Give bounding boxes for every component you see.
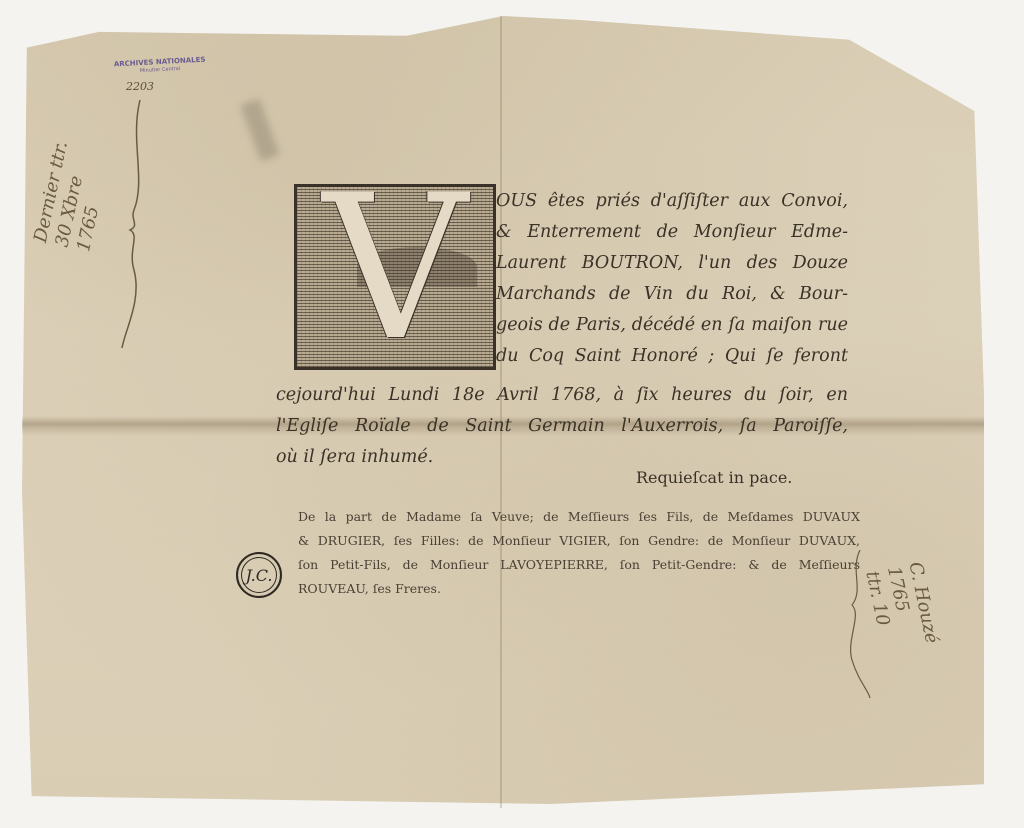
body-line: du Coq Saint Honoré ; Qui ſe feront <box>496 341 848 372</box>
jc-seal-stamp: J.C. <box>236 552 282 598</box>
initial-letter: V <box>297 184 493 369</box>
body-line: geois de Paris, décédé en ſa maiſon rue <box>496 310 848 341</box>
family-line: ROUVEAU, ſes Freres. <box>298 577 860 601</box>
body-line: Laurent BOUTRON, l'un des Douze <box>496 248 848 279</box>
family-line: De la part de Madame ſa Veuve; de Meſſie… <box>298 505 860 529</box>
inventory-number: 2203 <box>126 80 154 93</box>
family-line: ſon Petit-Fils, de Monſieur LAVOYEPIERRE… <box>298 553 860 577</box>
body-line: cejourd'hui Lundi 18e Avril 1768, à ſix … <box>276 380 848 411</box>
woodcut-initial: V <box>294 184 496 370</box>
body-line: l'Egliſe Roïale de Saint Germain l'Auxer… <box>276 411 848 442</box>
body-text-beside-initial: OUS êtes priés d'aſſiſter aux Convoi, & … <box>496 186 848 372</box>
family-line: & DRUGIER, ſes Filles: de Monſieur VIGIE… <box>298 529 860 553</box>
body-line: OUS êtes priés d'aſſiſter aux Convoi, <box>496 186 848 217</box>
body-line: & Enterrement de Monſieur Edme- <box>496 217 848 248</box>
brace-left-icon <box>120 100 150 350</box>
closing-requiescat: Requieſcat in pace. <box>636 468 792 487</box>
family-list: De la part de Madame ſa Veuve; de Meſſie… <box>298 505 860 601</box>
body-line: Marchands de Vin du Roi, & Bour- <box>496 279 848 310</box>
body-text-full-width: cejourd'hui Lundi 18e Avril 1768, à ſix … <box>276 380 848 473</box>
